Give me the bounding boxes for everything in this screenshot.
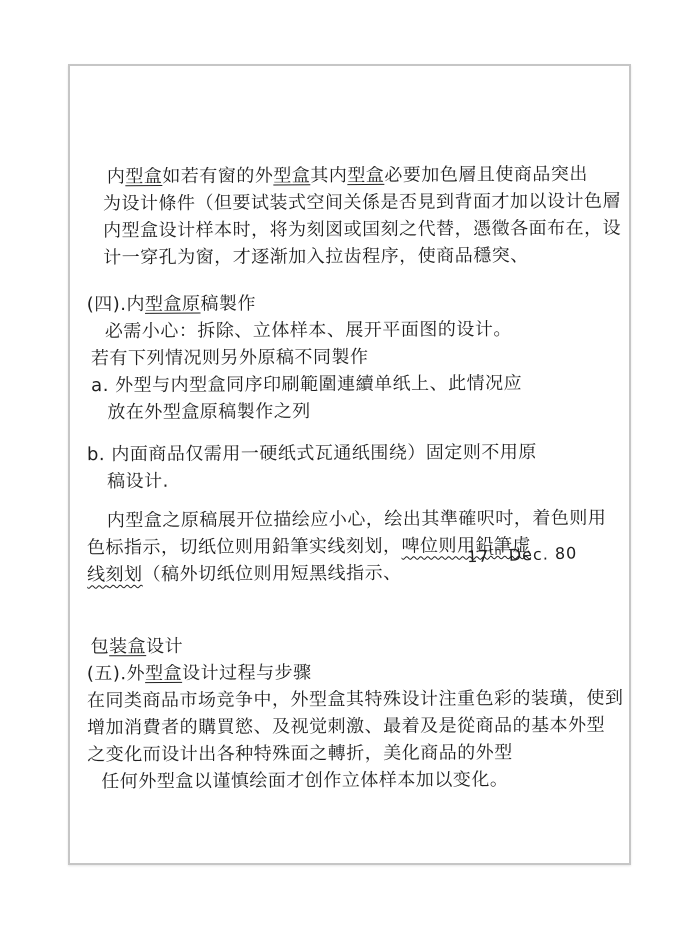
text-segment: 其内 [310, 165, 347, 186]
section-four-original-draft: (四).内型盒原稿製作 必需小心：拆除、立体样本、展开平面图的设计。 若有下列情… [87, 289, 523, 426]
text-segment: 之变化而设计出各种特殊面之轉折，美化商品的外型 [87, 742, 513, 765]
date-ordinal: th [489, 545, 503, 558]
handwritten-line: 内型盒如若有窗的外型盒其内型盒必要加色層且使商品突出 [107, 161, 621, 191]
text-segment: b. 内面商品仅需用一硬纸式瓦通纸围绕）固定则不用原 [87, 442, 537, 465]
text-segment: （稿外切纸位则用短黑线指示、 [143, 563, 402, 585]
text-segment: a. 外型与内型盒同序印刷範圍連續单纸上、此情况应 [91, 373, 522, 396]
text-segment: 稿製作 [200, 293, 256, 314]
text-segment: 放在外型盒原稿製作之列 [107, 401, 311, 423]
text-segment: 增加消費者的購買慾、及视觉刺激、最着及是從商品的基本外型 [87, 715, 605, 739]
text-segment: 任何外型盒以谨慎绘面才创作立体样本加以变化。 [101, 769, 508, 792]
text-segment: 型盒 [125, 166, 162, 187]
date-day: 17 [467, 546, 490, 566]
section-title: 包装盒设计 [91, 631, 624, 661]
handwritten-line: 若有下列情况则另外原稿不同製作 [91, 343, 522, 372]
handwritten-line: 任何外型盒以谨慎绘面才创作立体样本加以变化。 [101, 766, 624, 796]
text-segment: (四).内 [87, 294, 145, 315]
handwritten-line: 必需小心：拆除、立体样本、展开平面图的设计。 [105, 316, 522, 345]
handwritten-line: 在同类商品市场竞争中，外型盒其特殊设计注重色彩的装璜，使到 [87, 685, 624, 715]
handwritten-line: 增加消費者的購買慾、及视觉刺激、最着及是從商品的基本外型 [87, 712, 624, 742]
text-segment: 内型盒设计样本时，将为刻図或囯刻之代替，憑徵各面布在，设 [103, 218, 621, 242]
handwritten-line: 内型盒之原稿展开位描绘应小心，绘出其準確呎吋，着色则用 [107, 505, 607, 535]
text-segment: 在同类商品市场竞争中，外型盒其特殊设计注重色彩的装璜，使到 [87, 688, 624, 712]
text-segment: 必需小心：拆除、立体样本、展开平面图的设计。 [105, 319, 512, 342]
handwritten-line: 内型盒设计样本时，将为刻図或囯刻之代替，憑徵各面布在，设 [103, 215, 621, 245]
list-item-a-cont: 放在外型盒原稿製作之列 [107, 397, 522, 426]
list-item-a: a. 外型与内型盒同序印刷範圍連續单纸上、此情况应 [91, 370, 522, 399]
text-segment: 如若有窗的外 [162, 165, 273, 187]
paper-page: 内型盒如若有窗的外型盒其内型盒必要加色層且使商品突出 为设计條件（但要试装式空间… [68, 64, 631, 865]
text-segment: 色标指示，切纸位则用鉛筆实线刻划， [87, 536, 402, 559]
paragraph-inner-box-colour: 内型盒如若有窗的外型盒其内型盒必要加色層且使商品突出 为设计條件（但要试装式空间… [103, 161, 622, 272]
text-segment: 型盒 [273, 165, 310, 186]
section-heading: (五).外型盒设计过程与步骤 [87, 658, 624, 688]
text-segment: 型盒 [347, 165, 384, 186]
text-segment: (五).外 [87, 663, 145, 684]
handwritten-line: 之变化而设计出各种特殊面之轉折，美化商品的外型 [87, 739, 624, 769]
handwritten-line: 计一穿孔为窗，才逐渐加入拉齿程序，使商品穩突、 [103, 242, 621, 272]
text-segment: 设计 [146, 636, 183, 657]
text-segment: 若有下列情况则另外原稿不同製作 [91, 347, 369, 369]
text-segment: 稿设计. [107, 471, 169, 492]
section-five-packaging-design: 包装盒设计 (五).外型盒设计过程与步骤 在同类商品市场竞争中，外型盒其特殊设计… [87, 631, 624, 796]
text-segment: 装盒 [109, 636, 146, 657]
text-segment: 内型盒之原稿展开位描绘应小心，绘出其準確呎吋，着色则用 [107, 508, 607, 532]
date-annotation: 17th Dec. 80 [467, 542, 578, 566]
text-segment: 设计过程与步骤 [182, 662, 312, 684]
section-heading: (四).内型盒原稿製作 [87, 289, 522, 318]
text-segment: 计一穿孔为窗，才逐渐加入拉齿程序，使商品穩突、 [103, 245, 529, 268]
text-segment: 必要加色層且使商品突出 [384, 164, 588, 186]
handwritten-line: 为设计條件（但要试装式空间关係是否見到背面才加以设计色層 [103, 188, 621, 218]
list-item-b-line: b. 内面商品仅需用一硬纸式瓦通纸围绕）固定则不用原 [87, 439, 537, 468]
date-month-year: Dec. 80 [502, 543, 577, 565]
list-item-b: b. 内面商品仅需用一硬纸式瓦通纸围绕）固定则不用原 稿设计. [87, 439, 537, 495]
text-segment: 型盒 [145, 663, 182, 684]
text-segment: 内 [107, 166, 126, 187]
text-segment: 线刻划 [87, 564, 143, 585]
text-segment: 为设计條件（但要试装式空间关係是否見到背面才加以设计色層 [103, 191, 621, 215]
text-segment: 包 [91, 636, 110, 657]
list-item-b-cont: 稿设计. [107, 466, 537, 495]
text-segment: 型盒原 [145, 294, 201, 315]
